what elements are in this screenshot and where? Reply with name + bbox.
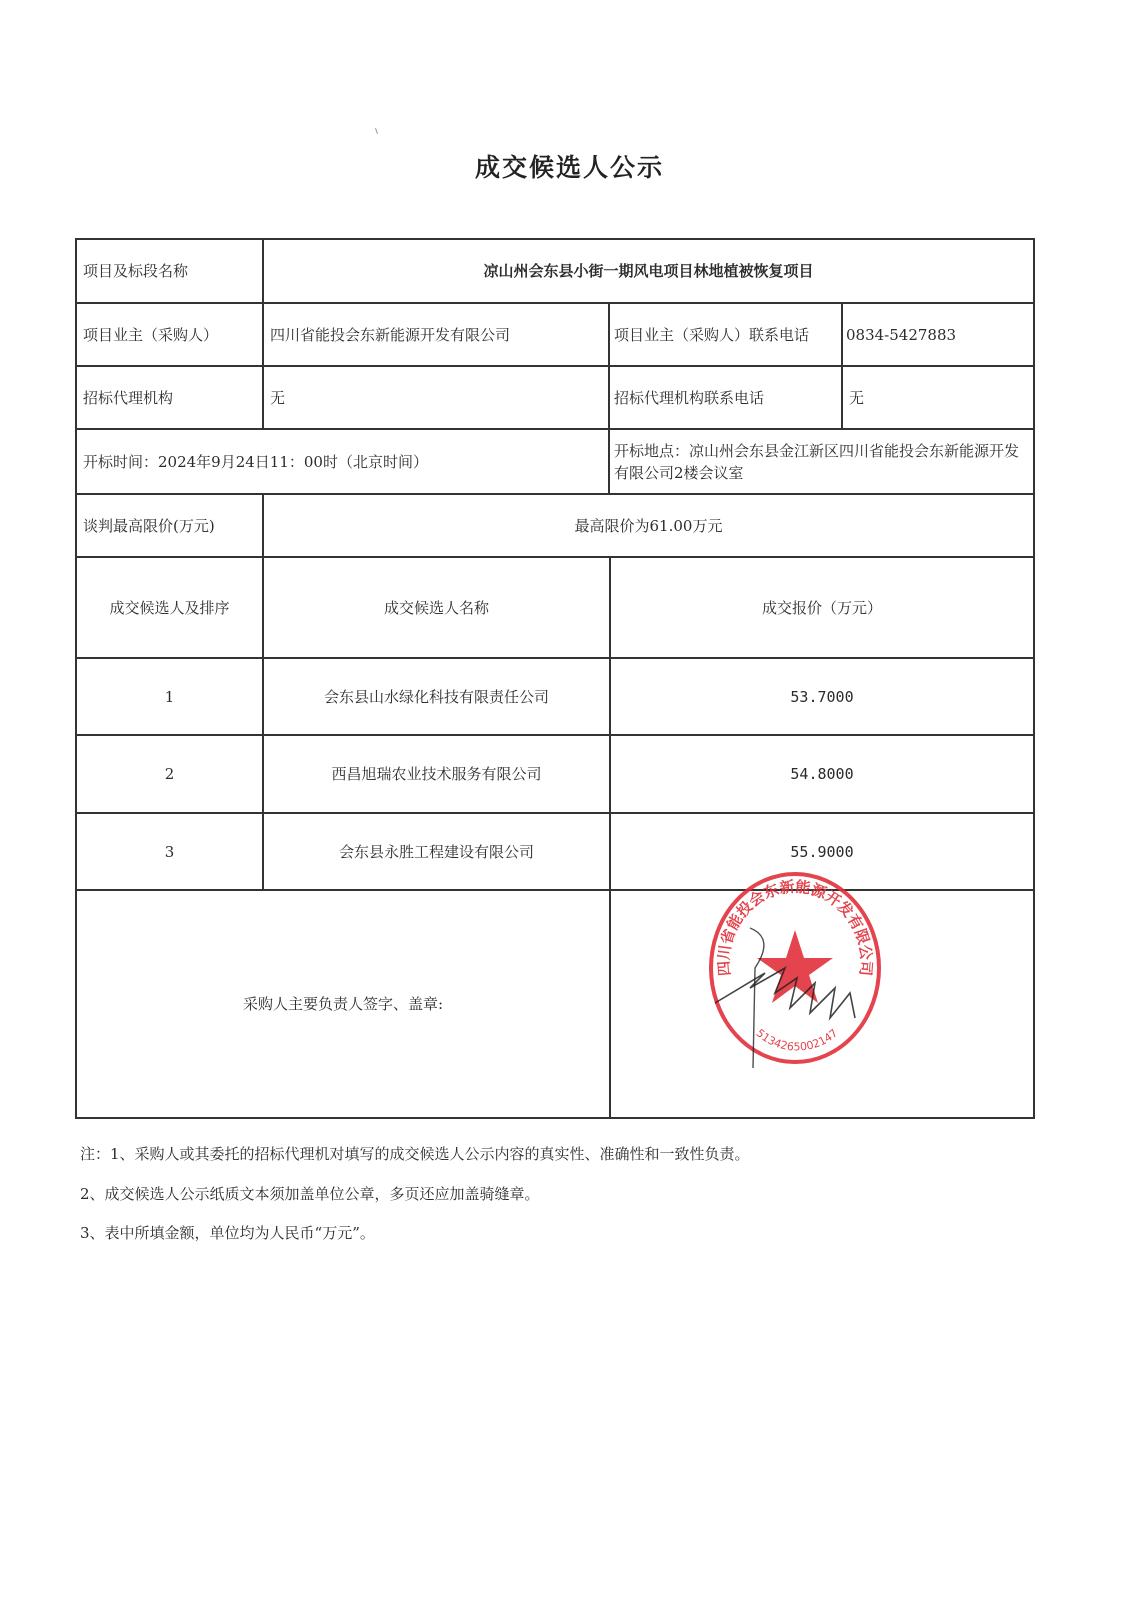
max-price-label: 谈判最高限价(万元) bbox=[77, 495, 262, 556]
candidate-rank: 2 bbox=[77, 736, 262, 812]
official-seal-icon: 四川省能投会东新能源开发有限公司 5134265002147 bbox=[705, 868, 885, 1068]
project-name-label: 项目及标段名称 bbox=[77, 240, 262, 302]
header-price: 成交报价（万元） bbox=[611, 558, 1033, 657]
seal-number-text: 5134265002147 bbox=[754, 1027, 841, 1054]
page-title: 成交候选人公示 bbox=[0, 148, 1139, 184]
owner-label: 项目业主（采购人） bbox=[77, 304, 262, 365]
note-2: 2、成交候选人公示纸质文本须加盖单位公章，多页还应加盖骑缝章。 bbox=[80, 1183, 540, 1204]
agency-phone-label: 招标代理机构联系电话 bbox=[610, 367, 841, 428]
svg-text:5134265002147: 5134265002147 bbox=[754, 1027, 841, 1054]
candidate-price: 54.8000 bbox=[611, 736, 1033, 812]
project-name-value: 凉山州会东县小街一期风电项目林地植被恢复项目 bbox=[264, 240, 1033, 302]
candidate-rank: 3 bbox=[77, 814, 262, 889]
note-1: 注：1、采购人或其委托的招标代理机对填写的成交候选人公示内容的真实性、准确性和一… bbox=[80, 1143, 750, 1164]
owner-value: 四川省能投会东新能源开发有限公司 bbox=[264, 304, 608, 365]
max-price-value: 最高限价为61.00万元 bbox=[264, 495, 1033, 556]
scan-mark bbox=[375, 128, 378, 134]
candidate-name: 西昌旭瑞农业技术服务有限公司 bbox=[264, 736, 609, 812]
header-name: 成交候选人名称 bbox=[264, 558, 609, 657]
header-rank: 成交候选人及排序 bbox=[77, 558, 262, 657]
candidate-name: 会东县山水绿化科技有限责任公司 bbox=[264, 659, 609, 734]
open-time: 开标时间：2024年9月24日11：00时（北京时间） bbox=[77, 430, 608, 493]
owner-phone-value: 0834-5427883 bbox=[843, 304, 1033, 365]
signature-label: 采购人主要负责人签字、盖章: bbox=[77, 891, 609, 1117]
agency-label: 招标代理机构 bbox=[77, 367, 262, 428]
agency-phone-value: 无 bbox=[843, 367, 1033, 428]
open-place: 开标地点：凉山州会东县金江新区四川省能投会东新能源开发有限公司2楼会议室 bbox=[610, 430, 1033, 493]
candidate-name: 会东县永胜工程建设有限公司 bbox=[264, 814, 609, 889]
note-3: 3、表中所填金额，单位均为人民币“万元”。 bbox=[80, 1222, 375, 1243]
agency-value: 无 bbox=[264, 367, 608, 428]
candidate-rank: 1 bbox=[77, 659, 262, 734]
candidate-price: 53.7000 bbox=[611, 659, 1033, 734]
owner-phone-label: 项目业主（采购人）联系电话 bbox=[610, 304, 841, 365]
